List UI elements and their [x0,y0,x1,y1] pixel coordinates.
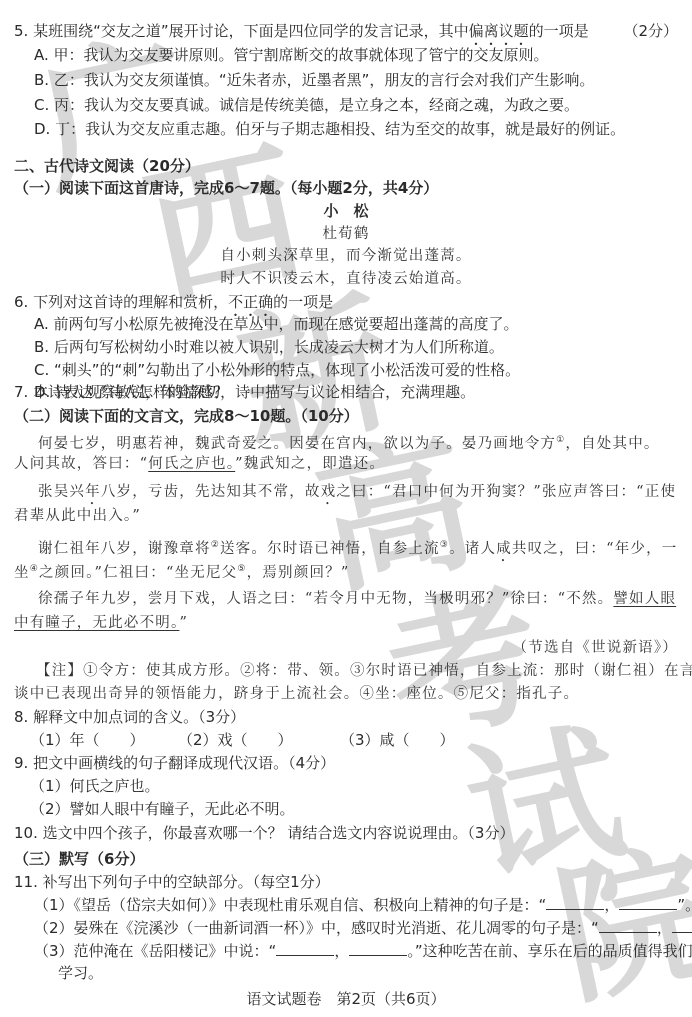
poem-title: 小 松 [0,200,692,222]
passage-text: 张吴兴 [38,484,85,500]
passage2-line1: 张吴兴年八岁，亏齿，先达知其不常，故戏之曰：“君口中何为开狗窦？”张应声答曰：“… [38,481,676,508]
passage-text: 共叹之，曰：“年少，一 [512,541,678,557]
passage-text: 谢仁祖年八岁，谢豫章将 [38,541,211,557]
q6-stem-post: 的一项是 [273,293,333,311]
watermark-char: 试 [456,716,634,894]
q6-option-c: C. “刺头”的“刺”勾勒出了小松外形的特点，体现了小松活泼可爱的性格。 [34,359,520,381]
part3-title: （三）默写（6分） [14,848,144,870]
q6-option-a: A. 前两句写小松原先被掩没在草丛中，而现在感觉要超出蓬蒿的高度了。 [34,313,519,335]
close-quote: ”。 [677,896,692,914]
answer-blank[interactable] [276,941,334,956]
dotted-word-xian: 咸 [496,541,512,557]
q5-stem-text: 5. 某班围绕“交友之道”展开讨论，下面是四位同学的发言记录，其中 [14,22,469,40]
part1-title: （一）阅读下面这首唐诗，完成6～7题。（每小题2分，共4分） [14,177,438,199]
q11-item-text: （2）晏殊在《浣溪沙（一曲新词酒一杯）》中，感叹时光消逝、花儿凋零的句子是：“ [34,919,599,937]
q11-item-text: 。”这种吃苦在前、享乐在后的品质值得我们 [407,942,692,960]
poem-line-1: 自小刺头深草里，而今渐觉出蓬蒿。 [0,245,692,267]
passage-text: ，自处其中。 [565,436,659,452]
passage-source: （节选自《世说新语》） [513,637,678,659]
passage1-line1: 何晏七岁，明惠若神，魏武奇爱之。因晏在宫内，欲以为子。晏乃画地令方①，自处其中。 [38,429,660,455]
q9-item-1: （1）何氏之庐也。 [30,775,160,797]
note-marker: ② [211,540,220,550]
passage-text: 之颜回。”仁祖曰：“坐无尼父 [39,565,237,581]
note-marker: ⑤ [237,564,246,574]
passage-text: 之曰：“君口中何为开狗窦？”张应声答曰：“正使 [336,484,676,500]
q9-stem: 9. 把文中画横线的句子翻译成现代汉语。（4分） [14,752,335,774]
answer-blank[interactable] [599,918,657,933]
underlined-sentence-1: 何氏之庐也。 [148,456,235,472]
poem-line-2: 时人不识凌云木，直待凌云始道高。 [0,268,692,290]
passage1-line2: 人问其故，答曰：“何氏之庐也。”魏武知之，即遣还。 [14,453,385,475]
dotted-word-xi: 戏 [321,484,337,500]
q8-item-2: （2）戏（ ） [178,729,293,751]
q11-item-3: （3）范仲淹在《岳阳楼记》中说：“，。”这种吃苦在前、享乐在后的品质值得我们 [34,940,692,962]
q8-item-1: （1）年（ ） [30,729,145,751]
part2-title: （二）阅读下面的文言文，完成8～10题。（10分） [14,405,359,427]
passage-text: ” [179,615,188,631]
passage4-line2: 中有瞳子，无此必不明。” [14,612,188,634]
passage2-line2: 君辈从此中出入。” [14,505,141,527]
underlined-sentence-2-cont: 中有瞳子，无此必不明。 [14,615,179,631]
passage-text: 八岁，亏齿，先达知其不常，故 [101,484,321,500]
passage-text: 送客。尔时语已神悟，自参上流 [220,541,440,557]
q11-item-1: （1）《望岳（岱宗夫如何）》中表现杜甫乐观自信、积极向上精神的句子是：“，”。 [34,894,692,916]
passage-text: 徐孺子年九岁，尝月下戏，人语之曰：“若令月中无物，当极明邪？”徐曰：“不然。 [38,591,613,607]
q5-score: （2分） [623,20,678,42]
passage-text: 。诸人 [449,541,496,557]
note-marker: ④ [30,564,39,574]
q9-item-2: （2）譬如人眼中有瞳子，无此必不明。 [30,798,295,820]
passage-text: 何晏七岁，明惠若神，魏武奇爱之。因晏在宫内，欲以为子。晏乃画地令方 [38,436,556,452]
passage-text: ”魏武知之，即遣还。 [235,456,385,472]
comma: ， [604,896,619,914]
q11-item-2: （2）晏殊在《浣溪沙（一曲新词酒一杯）》中，感叹时光消逝、花儿凋零的句子是：“，… [34,917,692,939]
comma: ， [334,942,349,960]
q11-stem: 11. 补写出下列句子中的空缺部分。（每空1分） [14,871,330,893]
q5-stem-dotted: 偏离议题 [469,22,529,40]
q11-item-text: （3）范仲淹在《岳阳楼记》中说：“ [34,942,276,960]
q6-stem-text: 6. 下列对这首诗的理解和赏析， [14,293,228,311]
q8-item-3: （3）咸（ ） [340,729,455,751]
passage-text: ，焉别颜回？” [247,565,350,581]
section2-title: 二、古代诗文阅读（20分） [14,155,200,177]
q5-option-a: A. 甲：我认为交友要讲原则。管宁割席断交的故事就体现了管宁的交友原则。 [34,44,549,66]
passage-text: 人问其故，答曰：“ [14,456,148,472]
answer-blank[interactable] [546,895,604,910]
notes-line1: 【注】①令方：使其成方形。②将：带、领。③尔时语已神悟，自参上流：那时（谢仁祖）… [36,660,692,682]
q8-stem: 8. 解释文中加点词的含义。（3分） [14,706,245,728]
q5-option-b: B. 乙：我认为交友须谨慎。“近朱者赤，近墨者黑”，朋友的言行会对我们产生影响。 [34,69,594,91]
dotted-word-nian: 年 [85,484,101,500]
answer-blank[interactable] [619,895,677,910]
poem-author: 杜荀鹤 [0,223,692,245]
comma: ， [657,919,672,937]
q11-item-3-cont: 学习。 [58,962,103,984]
passage3-line2: 坐④之颜回。”仁祖曰：“坐无尼父⑤，焉别颜回？” [14,558,349,584]
q11-item-text: （1）《望岳（岱宗夫如何）》中表现杜甫乐观自信、积极向上精神的句子是：“ [34,896,546,914]
page-footer: 语文试题卷 第2页（共6页） [0,988,692,1010]
answer-blank[interactable] [672,918,692,933]
q5-option-c: C. 丙：我认为交友要真诚。诚信是传统美德，是立身之本，经商之魂，为政之要。 [34,94,579,116]
q5-stem-post: 的一项是 [529,22,589,40]
q6-stem-dotted: 不正确 [228,293,273,311]
answer-blank[interactable] [349,941,407,956]
q6-option-b: B. 后两句写松树幼小时难以被人识别，长成凌云大树才为人们所称道。 [34,336,504,358]
q10-stem: 10. 选文中四个孩子，你最喜欢哪一个？ 请结合选文内容说说理由。（3分） [14,822,514,844]
q5-option-d: D. 丁：我认为交友应重志趣。伯牙与子期志趣相投、结为至交的故事，就是最好的例证… [34,118,625,140]
notes-line2: 谈中已表现出奇异的领悟能力，跻身于上流社会。④坐：座位。⑤尼父：指孔子。 [14,683,579,705]
passage-text: 坐 [14,565,30,581]
passage4-line1: 徐孺子年九岁，尝月下戏，人语之曰：“若令月中无物，当极明邪？”徐曰：“不然。譬如… [38,588,676,610]
q7-stem: 7. 本诗表达了诗人怎样的情感？ [14,381,228,403]
note-marker: ③ [440,540,449,550]
underlined-sentence-2: 譬如人眼 [613,591,676,607]
note-marker: ① [556,435,565,445]
